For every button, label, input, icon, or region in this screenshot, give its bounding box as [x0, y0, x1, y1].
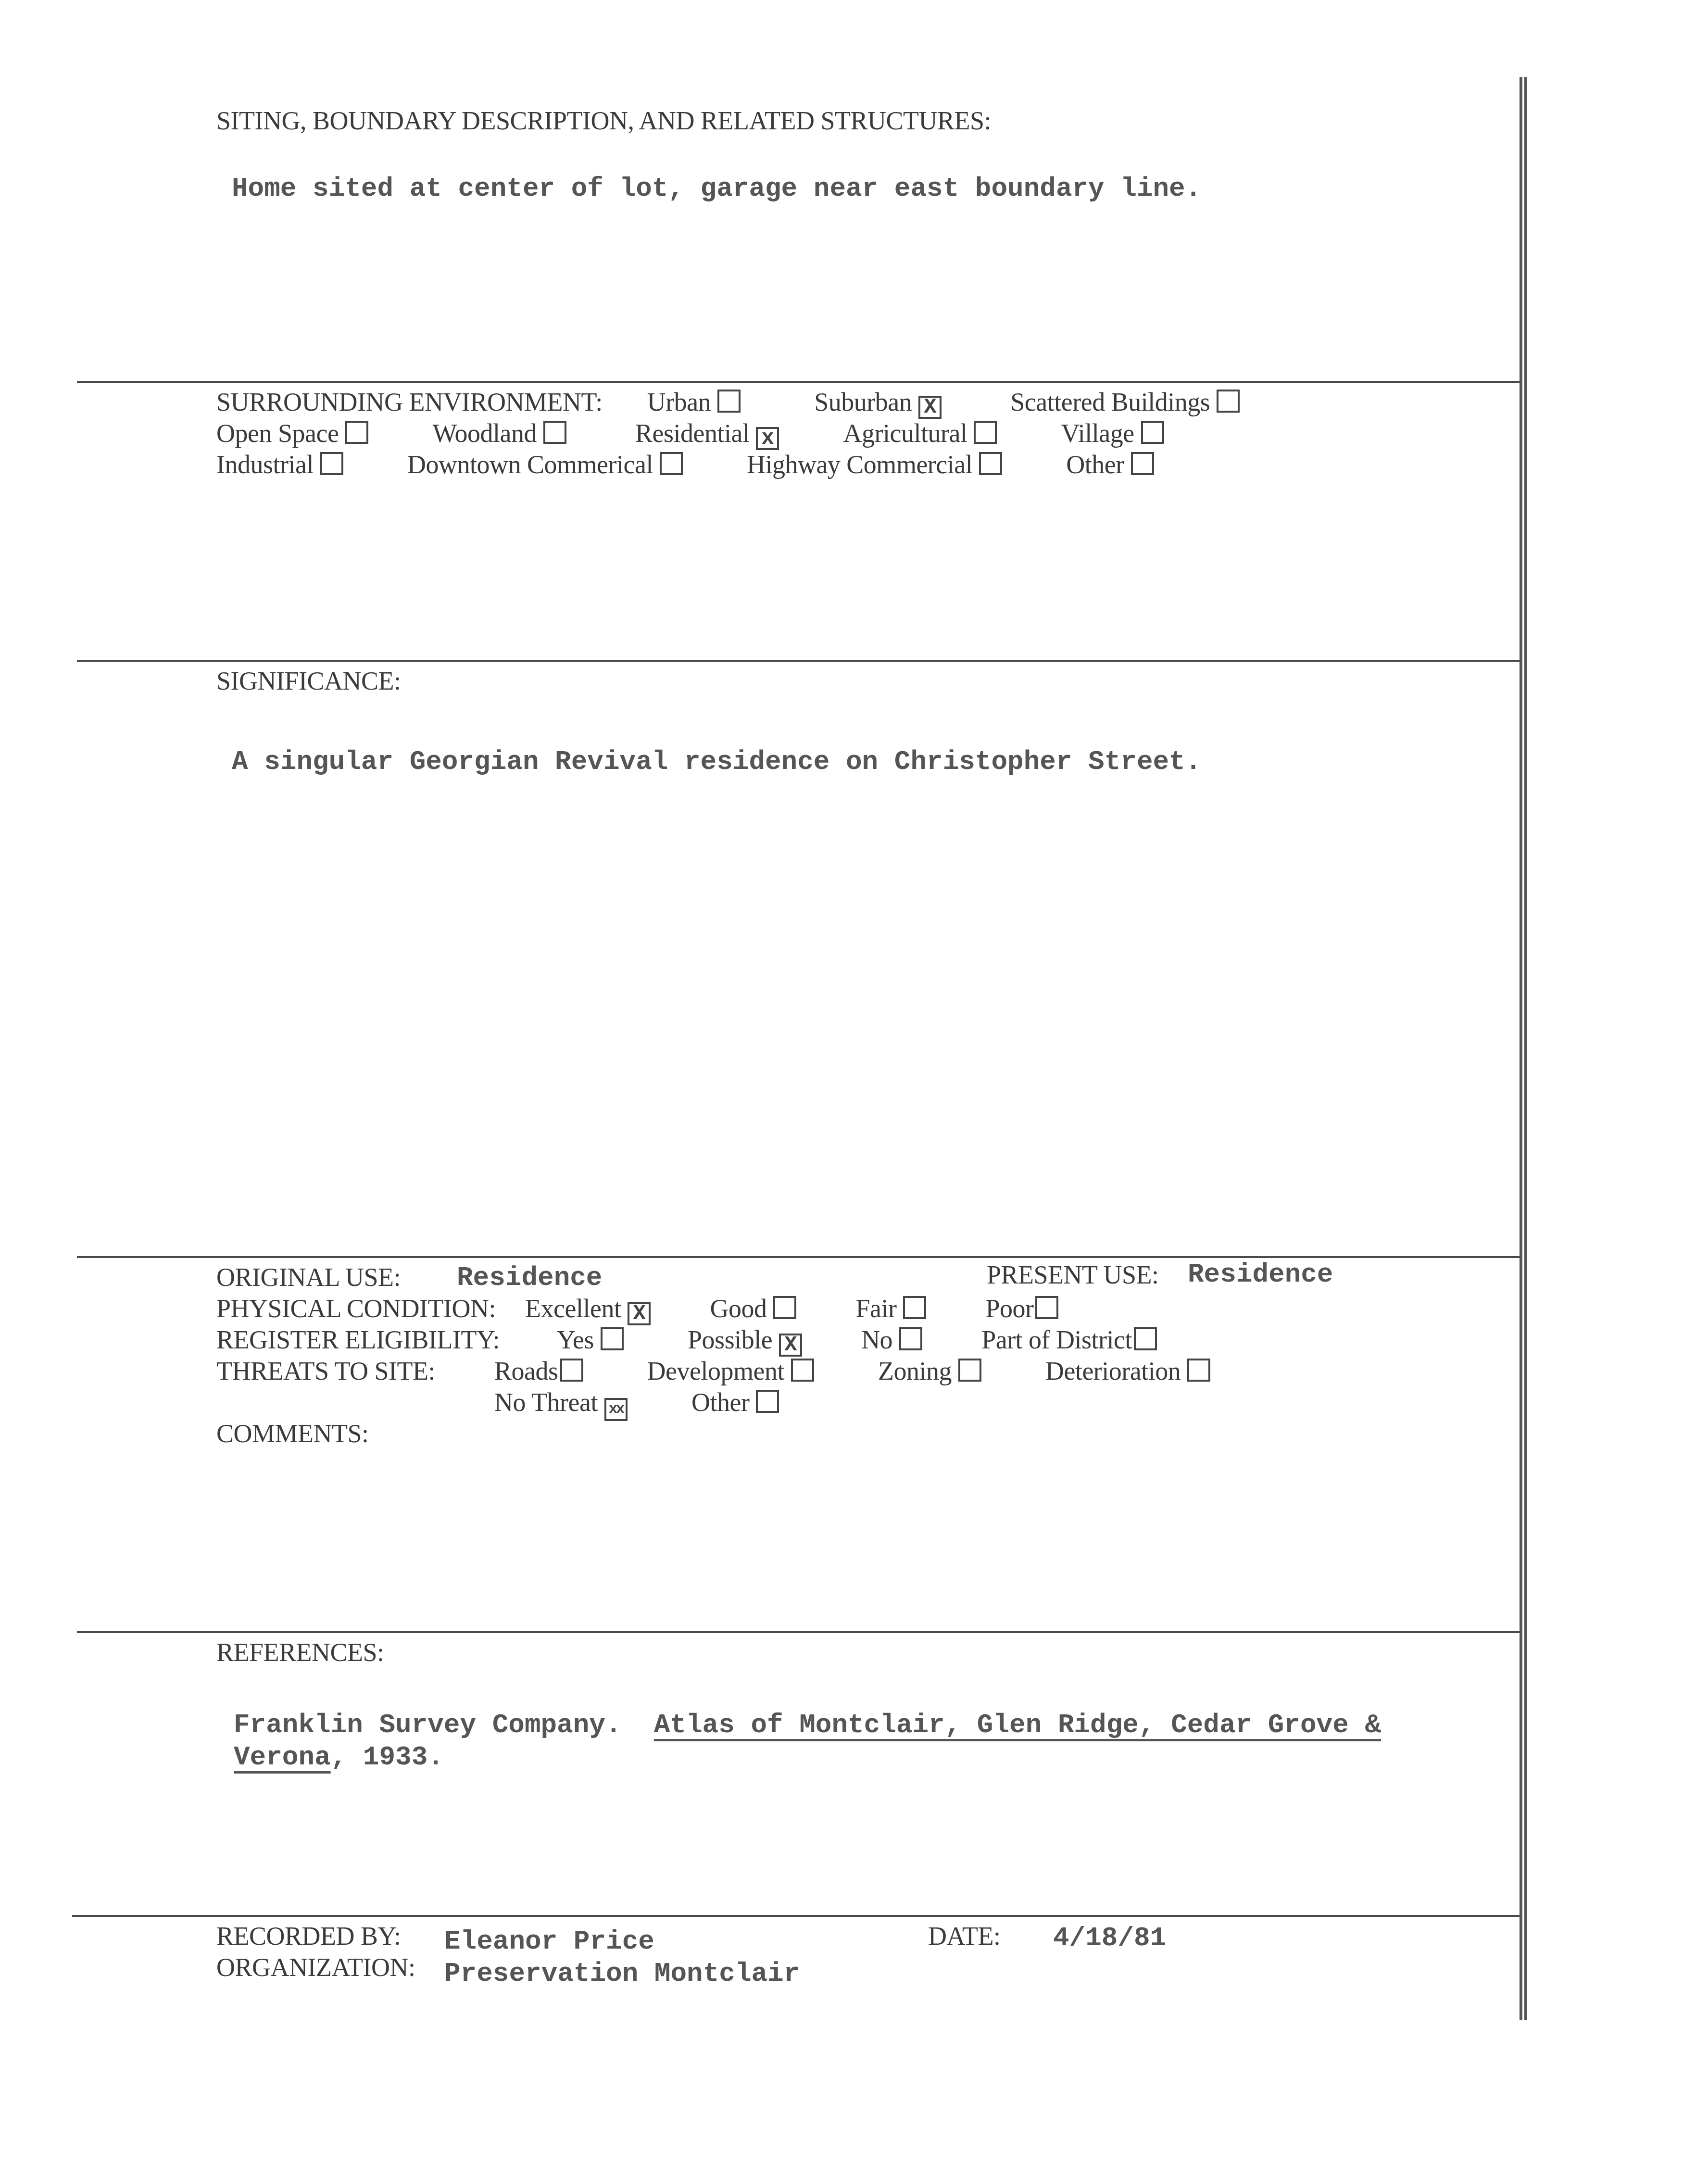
threats-options-row-1: Roads Development Zoning Deterioration [494, 1356, 1210, 1386]
checkbox-urban[interactable] [717, 390, 741, 413]
divider-references [77, 1631, 1520, 1633]
original-use-value: Residence [457, 1262, 602, 1293]
checkbox-woodland[interactable] [543, 421, 566, 444]
checkbox-yes[interactable] [601, 1327, 624, 1350]
option-agricultural[interactable]: Agricultural [843, 418, 997, 448]
siting-text: Home sited at center of lot, garage near… [232, 173, 1201, 204]
right-border-line-1 [1520, 77, 1522, 2020]
option-development[interactable]: Development [647, 1356, 814, 1386]
option-industrial[interactable]: Industrial [216, 450, 343, 479]
eligibility-label: REGISTER ELIGIBILITY: [216, 1325, 500, 1355]
checkbox-no[interactable] [899, 1327, 922, 1350]
option-possible[interactable]: PossibleX [688, 1325, 802, 1357]
checkbox-poor[interactable] [1035, 1296, 1058, 1319]
checkbox-scattered-buildings[interactable] [1217, 390, 1240, 413]
environment-row-1: SURROUNDING ENVIRONMENT: Urban SuburbanX… [216, 387, 1240, 419]
checkbox-deterioration[interactable] [1187, 1359, 1210, 1382]
checkbox-development[interactable] [791, 1359, 814, 1382]
reference-line-1: Franklin Survey Company. Atlas of Montcl… [234, 1710, 1381, 1740]
checkbox-village[interactable] [1141, 421, 1164, 444]
right-border-line-2 [1524, 77, 1527, 2020]
environment-row-2: Open Space Woodland Residentialx Agricul… [216, 418, 1164, 450]
option-highway-commercial[interactable]: Highway Commercial [747, 450, 1002, 479]
reference-year: , 1933. [331, 1742, 444, 1773]
option-urban[interactable]: Urban [647, 387, 741, 417]
checkbox-excellent[interactable]: X [628, 1302, 651, 1325]
option-excellent[interactable]: ExcellentX [525, 1294, 651, 1325]
option-other-environment[interactable]: Other [1066, 450, 1154, 479]
checkbox-other-threat[interactable] [756, 1390, 779, 1413]
option-good[interactable]: Good [710, 1294, 796, 1323]
significance-text: A singular Georgian Revival residence on… [232, 746, 1201, 777]
recorded-by-value: Eleanor Price [444, 1926, 654, 1957]
option-part-of-district[interactable]: Part of District [981, 1325, 1157, 1355]
divider-environment [77, 381, 1520, 383]
original-use-label: ORIGINAL USE: [216, 1262, 401, 1292]
checkbox-agricultural[interactable] [974, 421, 997, 444]
date-label: DATE: [928, 1921, 1000, 1951]
recorded-by-label: RECORDED BY: [216, 1921, 401, 1951]
option-village[interactable]: Village [1061, 418, 1164, 448]
reference-title-cont: Verona [234, 1742, 331, 1773]
threats-options-row-2: No Threatxx Other [494, 1387, 779, 1421]
option-zoning[interactable]: Zoning [878, 1356, 981, 1386]
checkbox-part-of-district[interactable] [1134, 1327, 1157, 1350]
option-no-threat[interactable]: No Threatxx [494, 1387, 628, 1421]
option-suburban[interactable]: SuburbanX [814, 387, 942, 419]
checkbox-industrial[interactable] [320, 452, 343, 475]
option-open-space[interactable]: Open Space [216, 418, 368, 448]
option-downtown-commercial[interactable]: Downtown Commerical [407, 450, 683, 479]
condition-options: ExcellentX Good Fair Poor [525, 1294, 1058, 1325]
eligibility-options: Yes PossibleX No Part of District [557, 1325, 1157, 1357]
option-no[interactable]: No [861, 1325, 922, 1355]
comments-label: COMMENTS: [216, 1419, 369, 1448]
option-yes[interactable]: Yes [557, 1325, 624, 1355]
checkbox-residential[interactable]: x [756, 427, 779, 450]
date-value: 4/18/81 [1053, 1923, 1166, 1953]
references-label: REFERENCES: [216, 1637, 384, 1667]
checkbox-highway-commercial[interactable] [979, 452, 1002, 475]
condition-label: PHYSICAL CONDITION: [216, 1294, 496, 1323]
divider-significance [77, 660, 1520, 662]
option-poor[interactable]: Poor [985, 1294, 1058, 1323]
checkbox-possible[interactable]: X [779, 1334, 802, 1357]
present-use-label: PRESENT USE: [987, 1260, 1159, 1290]
checkbox-roads[interactable] [560, 1359, 583, 1382]
checkbox-no-threat[interactable]: xx [604, 1398, 628, 1421]
checkbox-good[interactable] [773, 1296, 796, 1319]
checkbox-fair[interactable] [903, 1296, 926, 1319]
checkbox-open-space[interactable] [345, 421, 368, 444]
option-fair[interactable]: Fair [855, 1294, 926, 1323]
option-roads[interactable]: Roads [494, 1356, 583, 1386]
environment-label: SURROUNDING ENVIRONMENT: [216, 388, 603, 416]
significance-label: SIGNIFICANCE: [216, 666, 401, 696]
threats-label: THREATS TO SITE: [216, 1356, 435, 1386]
checkbox-suburban[interactable]: X [918, 396, 942, 419]
environment-row-3: Industrial Downtown Commerical Highway C… [216, 450, 1154, 479]
checkbox-zoning[interactable] [958, 1359, 981, 1382]
divider-use [77, 1256, 1520, 1258]
option-scattered-buildings[interactable]: Scattered Buildings [1010, 387, 1240, 417]
checkbox-other-environment[interactable] [1131, 452, 1154, 475]
reference-author: Franklin Survey Company. [234, 1710, 622, 1740]
option-woodland[interactable]: Woodland [432, 418, 566, 448]
organization-value: Preservation Montclair [444, 1958, 800, 1989]
reference-line-2: Verona, 1933. [234, 1742, 444, 1773]
present-use-value: Residence [1188, 1259, 1333, 1290]
option-deterioration[interactable]: Deterioration [1045, 1356, 1210, 1386]
option-other-threat[interactable]: Other [691, 1387, 779, 1417]
option-residential[interactable]: Residentialx [635, 418, 779, 450]
organization-label: ORGANIZATION: [216, 1952, 415, 1982]
checkbox-downtown-commercial[interactable] [660, 452, 683, 475]
divider-footer [72, 1915, 1520, 1917]
reference-title: Atlas of Montclair, Glen Ridge, Cedar Gr… [654, 1710, 1381, 1740]
siting-label: SITING, BOUNDARY DESCRIPTION, AND RELATE… [216, 106, 991, 136]
